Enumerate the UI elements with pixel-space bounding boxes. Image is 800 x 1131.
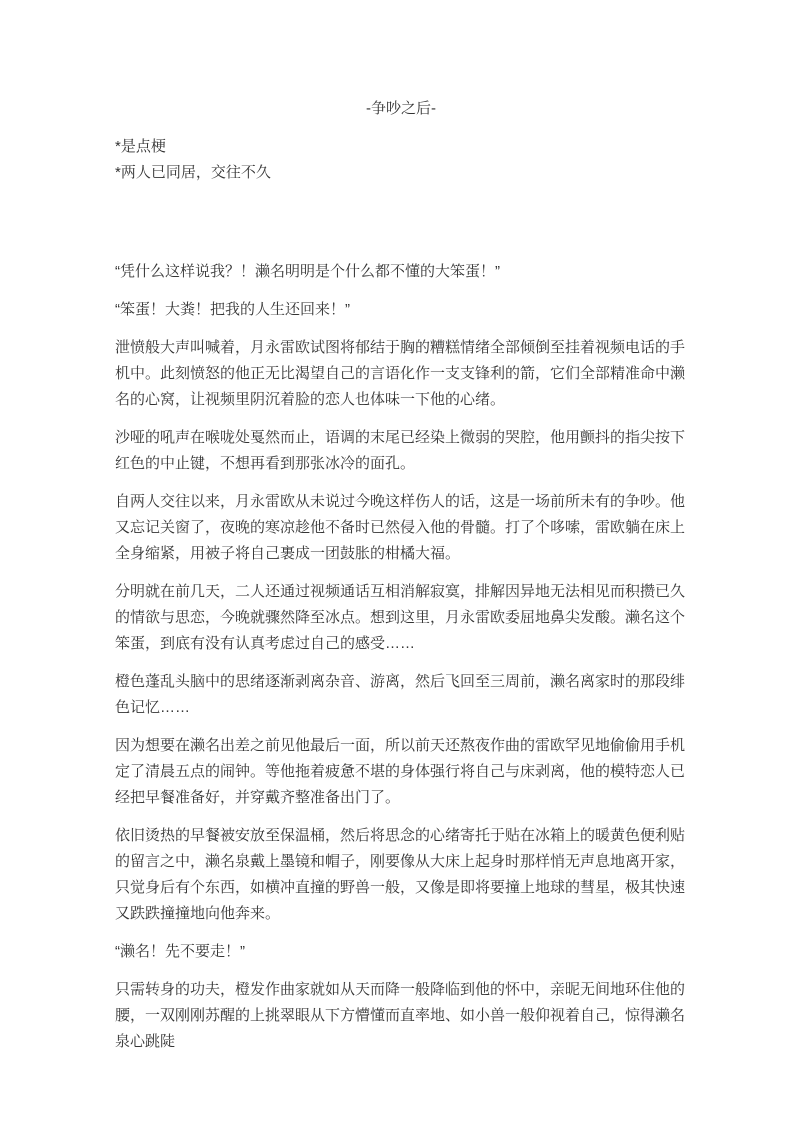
dialog-line: “笨蛋！大粪！把我的人生还回来！” — [115, 297, 687, 323]
dialog-line: “凭什么这样说我？！濑名明明是个什么都不懂的大笨蛋！” — [115, 259, 687, 285]
story-paragraph: 橙色蓬乱头脑中的思绪逐渐剥离杂音、游离，然后飞回至三周前，濑名离家时的那段绯色记… — [115, 669, 687, 721]
story-body: “凭什么这样说我？！濑名明明是个什么都不懂的大笨蛋！”“笨蛋！大粪！把我的人生还… — [115, 259, 687, 1055]
story-paragraph: 自两人交往以来，月永雷欧从未说过今晚这样伤人的话，这是一场前所未有的争吵。他又忘… — [115, 489, 687, 567]
document-page: -争吵之后- *是点梗 *两人已同居，交往不久 “凭什么这样说我？！濑名明明是个… — [0, 0, 800, 1131]
story-paragraph: 只需转身的功夫，橙发作曲家就如从天而降一般降临到他的怀中，亲昵无间地环住他的腰，… — [115, 977, 687, 1055]
document-content: -争吵之后- *是点梗 *两人已同居，交往不久 “凭什么这样说我？！濑名明明是个… — [115, 96, 687, 1067]
story-paragraph: 分明就在前几天，二人还通过视频通话互相消解寂寞，排解因异地无法相见而积攒已久的情… — [115, 579, 687, 657]
note-line: *两人已同居，交往不久 — [115, 160, 687, 186]
story-paragraph: 泄愤般大声叫喊着，月永雷欧试图将郁结于胸的糟糕情绪全部倾倒至挂着视频电话的手机中… — [115, 335, 687, 413]
author-notes: *是点梗 *两人已同居，交往不久 — [115, 134, 687, 186]
story-paragraph: 沙哑的吼声在喉咙处戛然而止，语调的末尾已经染上微弱的哭腔，他用颤抖的指尖按下红色… — [115, 425, 687, 477]
note-line: *是点梗 — [115, 134, 687, 160]
page-title: -争吵之后- — [115, 96, 687, 122]
story-paragraph: 因为想要在濑名出差之前见他最后一面，所以前天还熬夜作曲的雷欧罕见地偷偷用手机定了… — [115, 733, 687, 811]
dialog-line: “濑名！先不要走！” — [115, 939, 687, 965]
story-paragraph: 依旧烫热的早餐被安放至保温桶，然后将思念的心绪寄托于贴在冰箱上的暖黄色便利贴的留… — [115, 823, 687, 927]
